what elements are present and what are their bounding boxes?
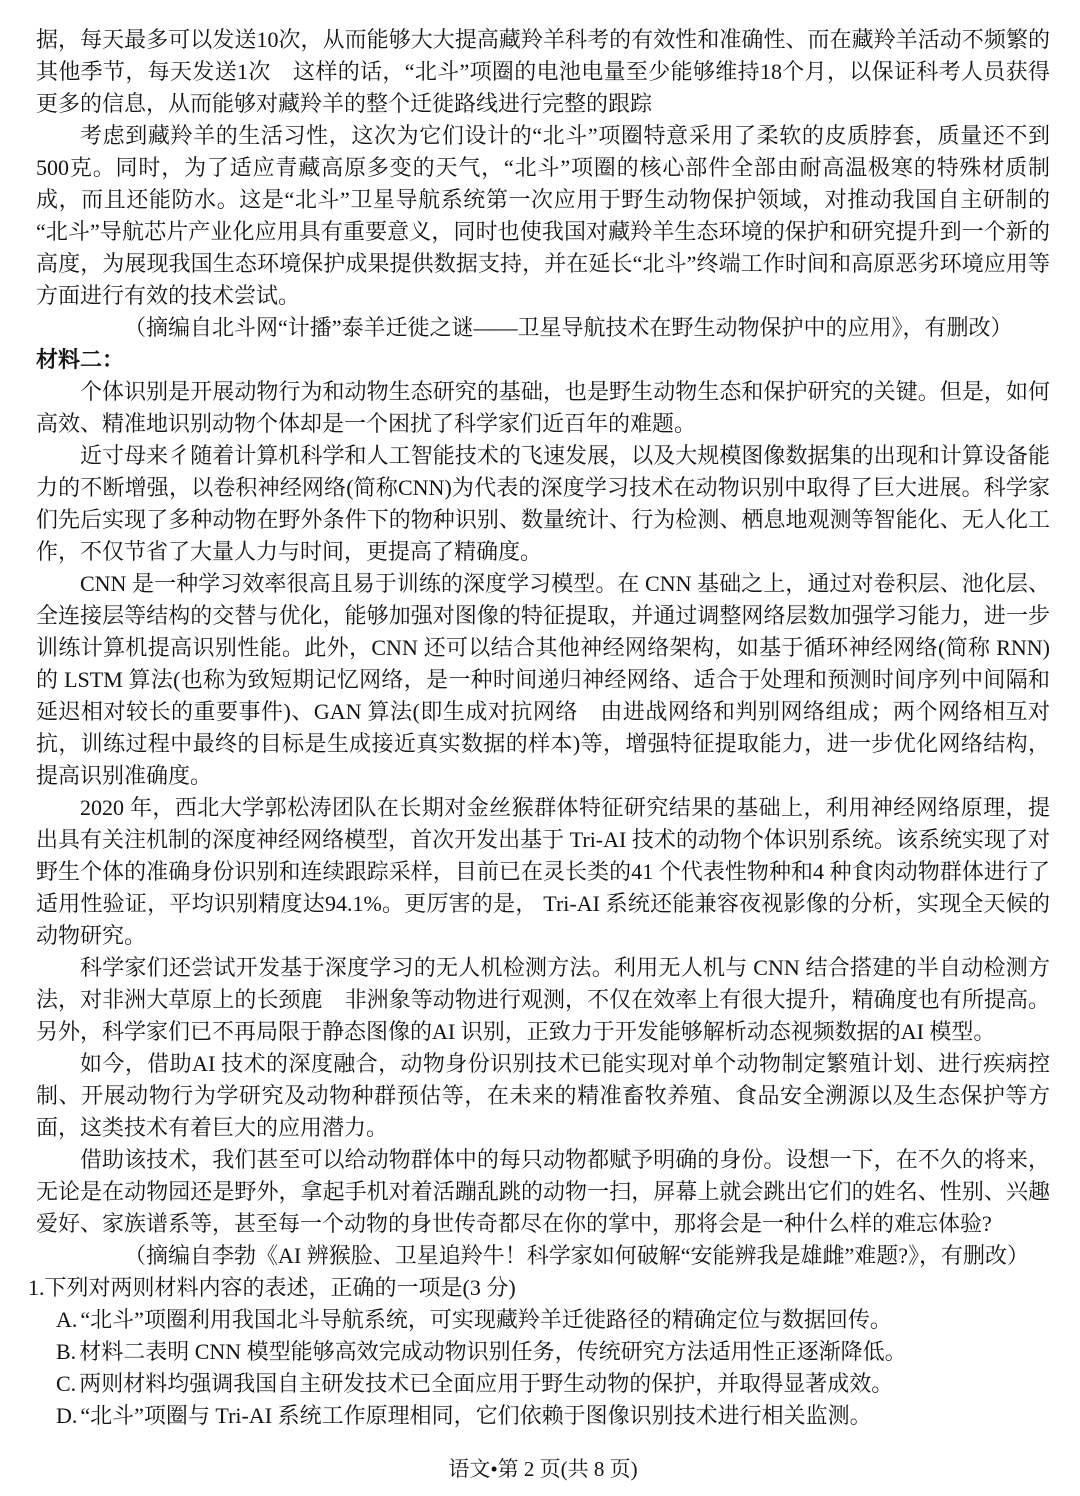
exam-page: 据，每天最多可以发送10次，从而能够大大提高藏羚羊科考的有效性和准确性、而在藏羚… [0,0,1080,1496]
question-1-option-d: D.“北斗”项圈与 Tri-AI 系统工作原理相同，它们依赖于图像识别技术进行相… [28,1400,1050,1432]
option-d-label: D. [56,1403,77,1428]
option-b-text: 材料二表明 CNN 模型能够高效完成动物识别任务，传统研究方法适用性正逐渐降低。 [79,1339,906,1364]
question-1-option-a: A.“北斗”项圈利用我国北斗导航系统，可实现藏羚羊迁徙路径的精确定位与数据回传。 [28,1304,1050,1336]
material2-paragraph-6: 如今，借助AI 技术的深度融合，动物身份识别技术已能实现对单个动物制定繁殖计划、… [36,1048,1050,1144]
material2-paragraph-5: 科学家们还尝试开发基于深度学习的无人机检测方法。利用无人机与 CNN 结合搭建的… [36,952,1050,1048]
question-1-option-c: C.两则材料均强调我国自主研发技术已全面应用于野生动物的保护，并取得显著成效。 [28,1368,1050,1400]
material2-paragraph-2: 近寸母来彳随着计算机科学和人工智能技术的飞速发展，以及大规模图像数据集的出现和计… [36,440,1050,568]
option-d-text: “北斗”项圈与 Tri-AI 系统工作原理相同，它们依赖于图像识别技术进行相关监… [80,1403,871,1428]
question-1-stem: 1.下列对两则材料内容的表述，正确的一项是(3 分) [28,1272,1050,1304]
material2-paragraph-1: 个体识别是开展动物行为和动物生态研究的基础，也是野生动物生态和保护研究的关键。但… [36,376,1050,440]
option-b-label: B. [56,1339,76,1364]
question-1-option-b: B.材料二表明 CNN 模型能够高效完成动物识别任务，传统研究方法适用性正逐渐降… [28,1336,1050,1368]
question-1: 1.下列对两则材料内容的表述，正确的一项是(3 分) A.“北斗”项圈利用我国北… [28,1272,1050,1432]
material1-attribution: （摘编自北斗网“计播”泰羊迁徙之谜——卫星导航技术在野生动物保护中的应用》，有删… [36,312,1050,344]
option-c-label: C. [56,1371,76,1396]
material2-paragraph-4: 2020 年，西北大学郭松涛团队在长期对金丝猴群体特征研究结果的基础上，利用神经… [36,792,1050,952]
material1-paragraph: 考虑到藏羚羊的生活习性，这次为它们设计的“北斗”项圈特意采用了柔软的皮质脖套，质… [36,120,1050,312]
exam-body: 据，每天最多可以发送10次，从而能够大大提高藏羚羊科考的有效性和准确性、而在藏羚… [36,24,1050,1432]
page-footer: 语文•第 2 页(共 8 页) [36,1454,1050,1484]
material2-attribution: （摘编自李勃《AI 辨猴脸、卫星追羚牛！科学家如何破解“安能辨我是雄雌”难题?》… [36,1240,1050,1272]
material1-continuation-paragraph: 据，每天最多可以发送10次，从而能够大大提高藏羚羊科考的有效性和准确性、而在藏羚… [36,24,1050,120]
material2-heading: 材料二： [36,344,1050,376]
option-c-text: 两则材料均强调我国自主研发技术已全面应用于野生动物的保护，并取得显著成效。 [79,1371,893,1396]
material2-paragraph-7: 借助该技术，我们甚至可以给动物群体中的每只动物都赋予明确的身份。设想一下，在不久… [36,1144,1050,1240]
material2-paragraph-3: CNN 是一种学习效率很高且易于训练的深度学习模型。在 CNN 基础之上，通过对… [36,568,1050,792]
option-a-label: A. [56,1307,77,1332]
option-a-text: “北斗”项圈利用我国北斗导航系统，可实现藏羚羊迁徙路径的精确定位与数据回传。 [80,1307,892,1332]
